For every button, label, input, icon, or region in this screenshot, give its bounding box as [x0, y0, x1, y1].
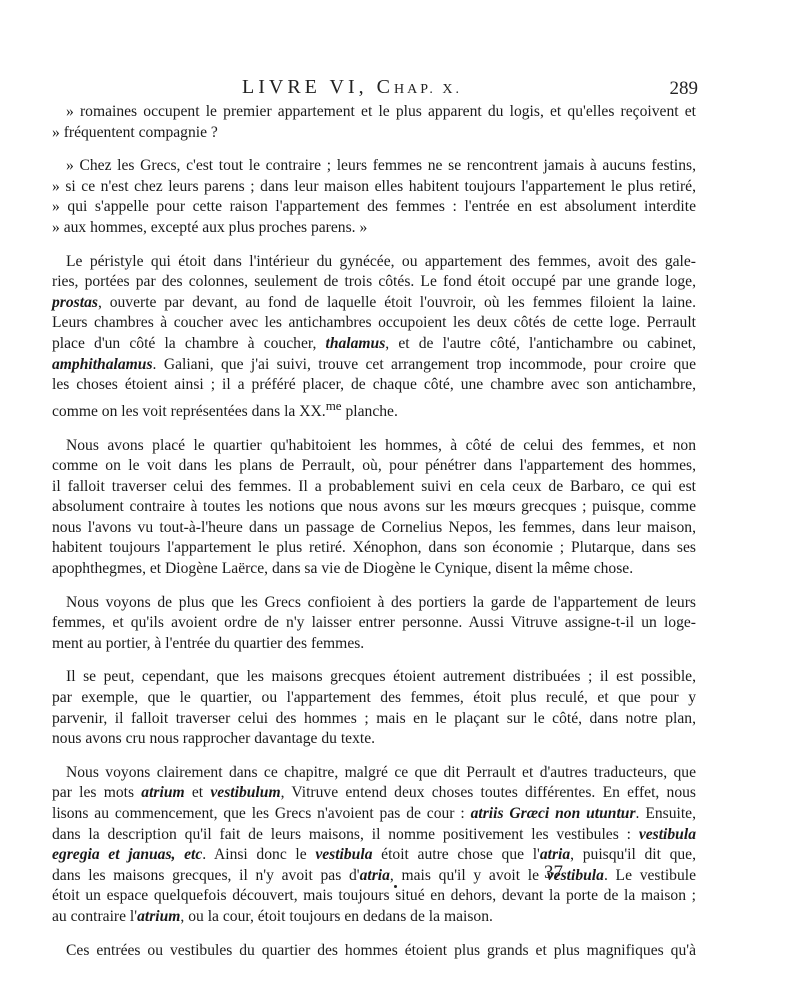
paragraph: Ces entrées ou vestibules du quartier de… [52, 941, 696, 962]
text-line: étoit un espace quelquefois découvert, m… [52, 886, 696, 907]
text-line: nous l'avons vu tout-à-l'heure dans un p… [52, 518, 696, 539]
paragraph: Nous avons placé le quartier qu'habitoie… [52, 436, 696, 580]
book-page: LIVRE VI, CHAP. X. 289 » romaines occupe… [52, 68, 696, 961]
text-line: il falloit traverser celui des femmes. I… [52, 477, 696, 498]
text-line: Leurs chambres à coucher avec les antich… [52, 313, 696, 334]
text-line: habitent toujours l'appartement le plus … [52, 538, 696, 559]
text-line: » fréquentent compagnie ? [52, 123, 696, 144]
text-line: prostas, ouverte par devant, au fond de … [52, 293, 696, 314]
paragraph: Le péristyle qui étoit dans l'intérieur … [52, 252, 696, 423]
text-line: apophthegmes, et Diogène Laërce, dans sa… [52, 559, 696, 580]
running-head: LIVRE VI, CHAP. X. 289 [52, 68, 696, 102]
text-line: » qui s'appelle pour cette raison l'appa… [52, 197, 696, 218]
text-line: les choses étoient ainsi ; il a préféré … [52, 375, 696, 396]
text-line: parvenir, il falloit traverser celui des… [52, 709, 696, 730]
text-line: place d'un côté la chambre à coucher, th… [52, 334, 696, 355]
text-line: Le péristyle qui étoit dans l'intérieur … [52, 252, 696, 273]
paragraph: » Chez les Grecs, c'est tout le contrair… [52, 156, 696, 238]
text-line: Il se peut, cependant, que les maisons g… [52, 667, 696, 688]
signature-mark: 37 [544, 862, 563, 884]
text-line: dans les maisons grecques, il n'y avoit … [52, 866, 696, 887]
paragraph: Nous voyons clairement dans ce chapitre,… [52, 763, 696, 928]
body-text: » romaines occupent le premier apparteme… [52, 102, 696, 961]
text-line: ment au portier, à l'entrée du quartier … [52, 634, 696, 655]
text-line: egregia et januas, etc. Ainsi donc le ve… [52, 845, 696, 866]
text-line: amphithalamus. Galiani, que j'ai suivi, … [52, 355, 696, 376]
text-line: Nous avons placé le quartier qu'habitoie… [52, 436, 696, 457]
text-line: au contraire l'atrium, ou la cour, étoit… [52, 907, 696, 928]
text-line: » aux hommes, excepté aux plus proches p… [52, 218, 696, 239]
text-line: femmes, et qu'ils avoient ordre de n'y l… [52, 613, 696, 634]
text-line: par exemple, que le quartier, ou l'appar… [52, 688, 696, 709]
text-line: Ces entrées ou vestibules du quartier de… [52, 941, 696, 962]
paragraph: Il se peut, cependant, que les maisons g… [52, 667, 696, 749]
text-line: comme on le voit dans les plans de Perra… [52, 456, 696, 477]
text-line: dans la description qu'il fait de leurs … [52, 825, 696, 846]
text-line: » romaines occupent le premier apparteme… [52, 102, 696, 123]
text-line: nous avons cru nous rapprocher davantage… [52, 729, 696, 750]
text-line: ries, portées par des colonnes, seulemen… [52, 272, 696, 293]
text-line: lisons au commencement, que les Grecs n'… [52, 804, 696, 825]
text-line: par les mots atrium et vestibulum, Vitru… [52, 783, 696, 804]
running-head-title: LIVRE VI, CHAP. X. [242, 76, 462, 99]
text-line: » si ce n'est chez leurs parens ; dans l… [52, 177, 696, 198]
print-speck [394, 885, 397, 888]
text-line: comme on les voit représentées dans la X… [52, 396, 696, 423]
text-line: Nous voyons de plus que les Grecs confio… [52, 593, 696, 614]
text-line: » Chez les Grecs, c'est tout le contrair… [52, 156, 696, 177]
text-line: Nous voyons clairement dans ce chapitre,… [52, 763, 696, 784]
paragraph: » romaines occupent le premier apparteme… [52, 102, 696, 143]
paragraph: Nous voyons de plus que les Grecs confio… [52, 593, 696, 655]
page-number: 289 [670, 78, 699, 100]
text-line: absolument contraire à toutes les notion… [52, 497, 696, 518]
